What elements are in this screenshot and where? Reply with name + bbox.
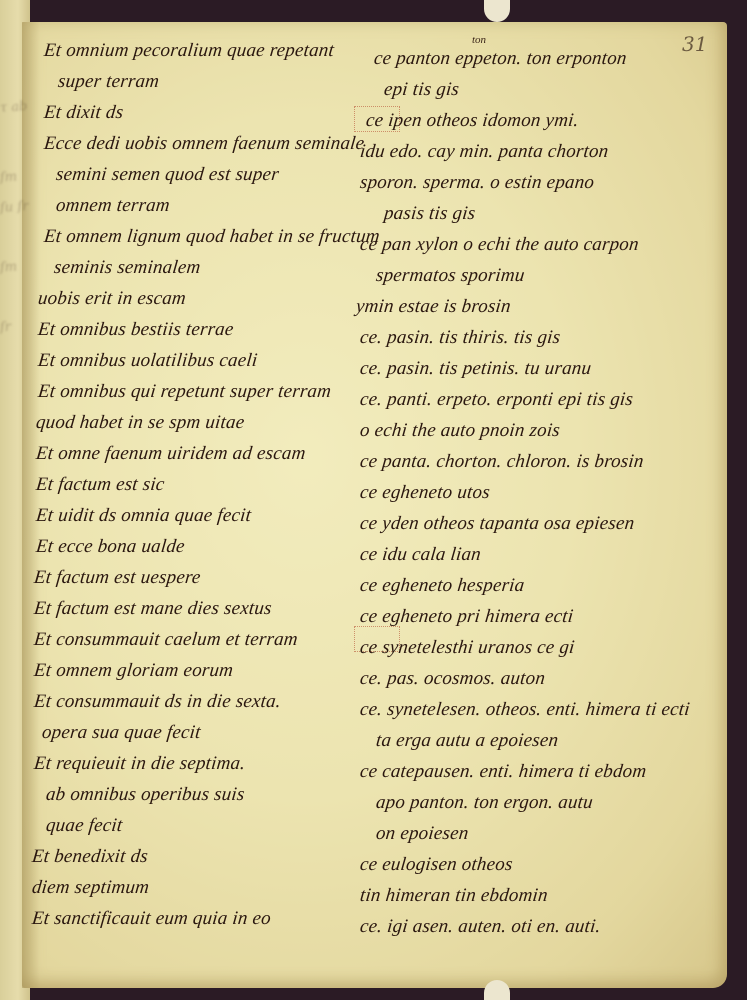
text-line: semini semen quod est super (55, 164, 280, 186)
text-line: Ecce dedi uobis omnem faenum seminale (43, 133, 366, 155)
offset-ghost-text: ſm (0, 259, 18, 275)
text-line: omnem terram (55, 195, 171, 217)
text-line: Et factum est sic (35, 474, 166, 496)
text-line: ce synetelesthi uranos ce gi (359, 637, 576, 659)
text-line: Et benedixit ds (31, 846, 149, 868)
text-line: ce. synetelesen. otheos. enti. himera ti… (359, 699, 691, 721)
text-line: pasis tis gis (383, 203, 477, 225)
offset-ghost-text: ſm (0, 169, 18, 185)
text-line: o echi the auto pnoin zois (359, 420, 561, 442)
mount-tab-bottom (484, 980, 510, 1000)
text-line: Et uidit ds omnia quae fecit (35, 505, 252, 527)
text-line: ce. pasin. tis thiris. tis gis (359, 327, 562, 349)
text-line: ce idu cala lian (359, 544, 482, 566)
text-line: ce panta. chorton. chloron. is brosin (359, 451, 645, 473)
text-line: Et omnibus bestiis terrae (37, 319, 235, 341)
text-line: opera sua quae fecit (41, 722, 202, 744)
text-line: tin himeran tin ebdomin (359, 885, 549, 907)
text-line: sporon. spermа. o estin epano (359, 172, 595, 194)
text-line: Et consummauit caelum et terram (33, 629, 299, 651)
text-line: ymin estae is brosin (355, 296, 512, 318)
text-line: ab omnibus operibus suis (45, 784, 246, 806)
text-line: ce egheneto hesperia (359, 575, 526, 597)
text-line: Et factum est uespere (33, 567, 202, 589)
folio-number: 31 (682, 32, 707, 56)
text-line: uobis erit in escam (37, 288, 187, 310)
text-line: Et omnibus uolatilibus caeli (37, 350, 259, 372)
text-line: ce egheneto utos (359, 482, 491, 504)
text-line: epi tis gis (383, 79, 460, 101)
text-line: apo panton. ton ergon. autu (375, 792, 594, 814)
text-line: idu edo. cay min. panta chorton (359, 141, 610, 163)
text-line: Et omnium pecoralium quae repetant (43, 40, 335, 62)
text-line: spermatos sporimu (375, 265, 526, 287)
text-line: ce. pasin. tis petinis. tu uranu (359, 358, 593, 380)
text-line: ce. igi asen. auten. oti en. auti. (359, 916, 602, 938)
text-line: ce. pas. ocosmos. auton (359, 668, 546, 690)
text-line: Et ecce bona ualde (35, 536, 186, 558)
offset-ghost-text: ſr (0, 320, 12, 336)
text-line: quod habet in se spm uitae (35, 412, 246, 434)
text-line: on epoiesen (375, 823, 470, 845)
text-line: diem septimum (31, 877, 150, 899)
text-line: ce eulogisen otheos (359, 854, 514, 876)
text-line: seminis seminalem (53, 257, 202, 279)
text-line: Et factum est mane dies sextus (33, 598, 273, 620)
text-line: ce. panti. erpeto. erponti epi tis gis (359, 389, 634, 411)
text-line: ta erga autu a epoiesen (375, 730, 560, 752)
text-line: Et omnem gloriam eorum (33, 660, 234, 682)
text-line: Et sanctificauit eum quia in eo (31, 908, 272, 930)
text-line: Et omnem lignum quod habet in se fructum (43, 226, 381, 248)
offset-ghost-text: ſu ſr (0, 199, 29, 216)
text-line: Et requieuit in die septima. (33, 753, 247, 775)
text-line: Et dixit ds (43, 102, 125, 124)
text-line: Et consummauit ds in die sexta. (33, 691, 282, 713)
text-line: quae fecit (45, 815, 124, 837)
text-line: Et omnibus qui repetunt super terram (37, 381, 332, 403)
text-line: ce pan xylon o echi the auto carpon (359, 234, 640, 256)
text-line: super terram (57, 71, 160, 93)
text-line: ce ipen otheos idomon ymi. (365, 110, 580, 132)
offset-ghost-text: τ ab (0, 99, 28, 116)
text-line: ce yden otheos tapanta osa epiesen (359, 513, 636, 535)
text-line: ce catepausen. enti. himera ti ebdom (359, 761, 648, 783)
text-line: ce panton ерреton. ton erponton (373, 48, 628, 70)
text-line: ce egheneto pri himera ecti (359, 606, 575, 628)
text-line: Et omne faenum uiridem ad escam (35, 443, 307, 465)
interlinear-gloss: ton (472, 34, 486, 46)
